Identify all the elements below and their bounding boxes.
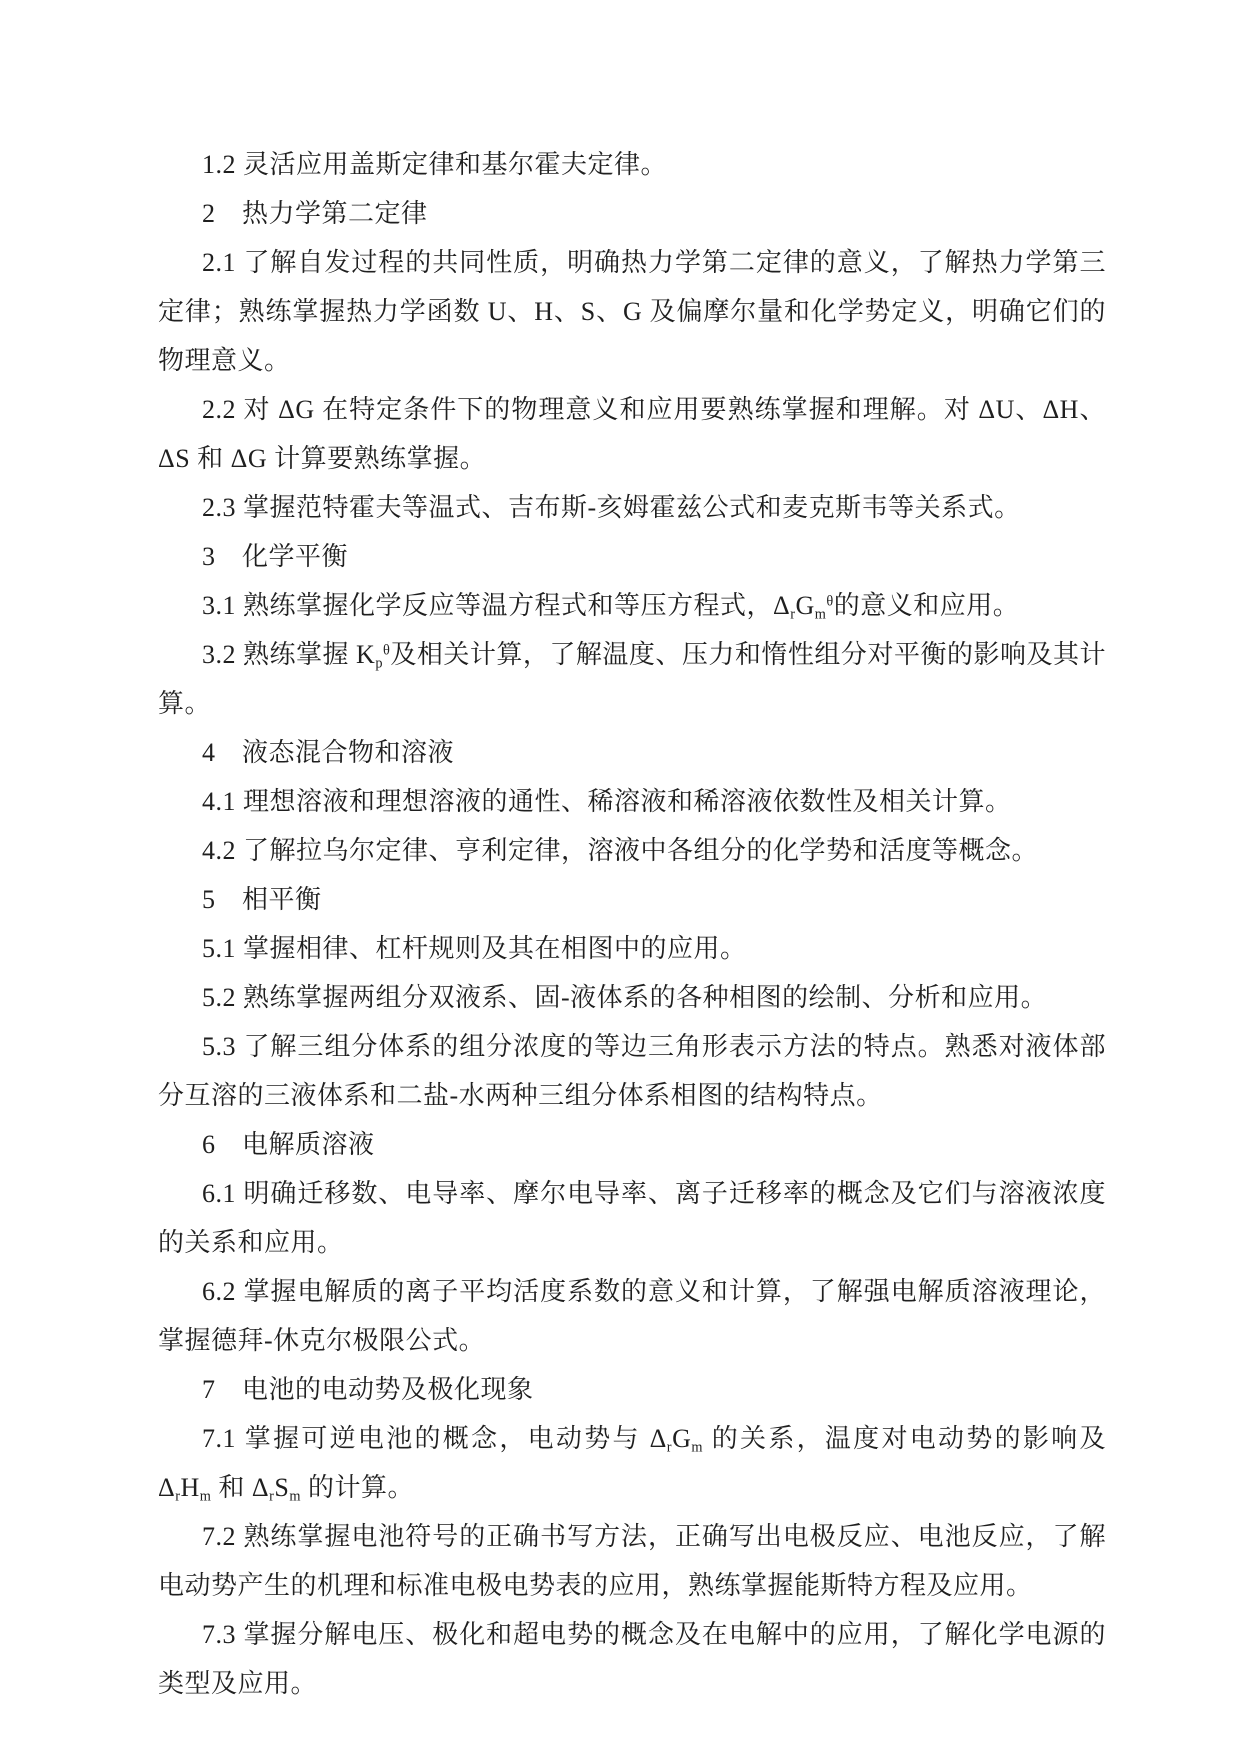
paragraph-section-3: 3 化学平衡: [158, 532, 1106, 581]
paragraph-item-7-2: 7.2 熟练掌握电池符号的正确书写方法，正确写出电极反应、电池反应，了解电动势产…: [158, 1512, 1106, 1610]
paragraph-item-6-1: 6.1 明确迁移数、电导率、摩尔电导率、离子迁移率的概念及它们与溶液浓度的关系和…: [158, 1169, 1106, 1267]
page: 1.2 灵活应用盖斯定律和基尔霍夫定律。2 热力学第二定律2.1 了解自发过程的…: [0, 0, 1240, 1754]
paragraph-item-3-1: 3.1 熟练掌握化学反应等温方程式和等压方程式，ΔrGmθ的意义和应用。: [158, 581, 1106, 630]
paragraph-section-2: 2 热力学第二定律: [158, 189, 1106, 238]
document-body: 1.2 灵活应用盖斯定律和基尔霍夫定律。2 热力学第二定律2.1 了解自发过程的…: [158, 140, 1106, 1708]
paragraph-item-2-3: 2.3 掌握范特霍夫等温式、吉布斯-亥姆霍兹公式和麦克斯韦等关系式。: [158, 483, 1106, 532]
paragraph-item-4-2: 4.2 了解拉乌尔定律、亨利定律，溶液中各组分的化学势和活度等概念。: [158, 826, 1106, 875]
paragraph-section-5: 5 相平衡: [158, 875, 1106, 924]
paragraph-section-7: 7 电池的电动势及极化现象: [158, 1365, 1106, 1414]
paragraph-item-2-2: 2.2 对 ΔG 在特定条件下的物理意义和应用要熟练掌握和理解。对 ΔU、ΔH、…: [158, 385, 1106, 483]
paragraph-item-5-1: 5.1 掌握相律、杠杆规则及其在相图中的应用。: [158, 924, 1106, 973]
paragraph-item-5-2: 5.2 熟练掌握两组分双液系、固-液体系的各种相图的绘制、分析和应用。: [158, 973, 1106, 1022]
paragraph-item-1-2: 1.2 灵活应用盖斯定律和基尔霍夫定律。: [158, 140, 1106, 189]
paragraph-item-2-1: 2.1 了解自发过程的共同性质，明确热力学第二定律的意义，了解热力学第三定律；熟…: [158, 238, 1106, 385]
paragraph-section-6: 6 电解质溶液: [158, 1120, 1106, 1169]
paragraph-item-4-1: 4.1 理想溶液和理想溶液的通性、稀溶液和稀溶液依数性及相关计算。: [158, 777, 1106, 826]
paragraph-item-6-2: 6.2 掌握电解质的离子平均活度系数的意义和计算，了解强电解质溶液理论，掌握德拜…: [158, 1267, 1106, 1365]
paragraph-section-4: 4 液态混合物和溶液: [158, 728, 1106, 777]
paragraph-item-3-2: 3.2 熟练掌握 Kpθ及相关计算，了解温度、压力和惰性组分对平衡的影响及其计算…: [158, 630, 1106, 728]
paragraph-item-5-3: 5.3 了解三组分体系的组分浓度的等边三角形表示方法的特点。熟悉对液体部分互溶的…: [158, 1022, 1106, 1120]
paragraph-item-7-3: 7.3 掌握分解电压、极化和超电势的概念及在电解中的应用，了解化学电源的类型及应…: [158, 1610, 1106, 1708]
paragraph-item-7-1: 7.1 掌握可逆电池的概念，电动势与 ΔrGm 的关系，温度对电动势的影响及 Δ…: [158, 1414, 1106, 1512]
